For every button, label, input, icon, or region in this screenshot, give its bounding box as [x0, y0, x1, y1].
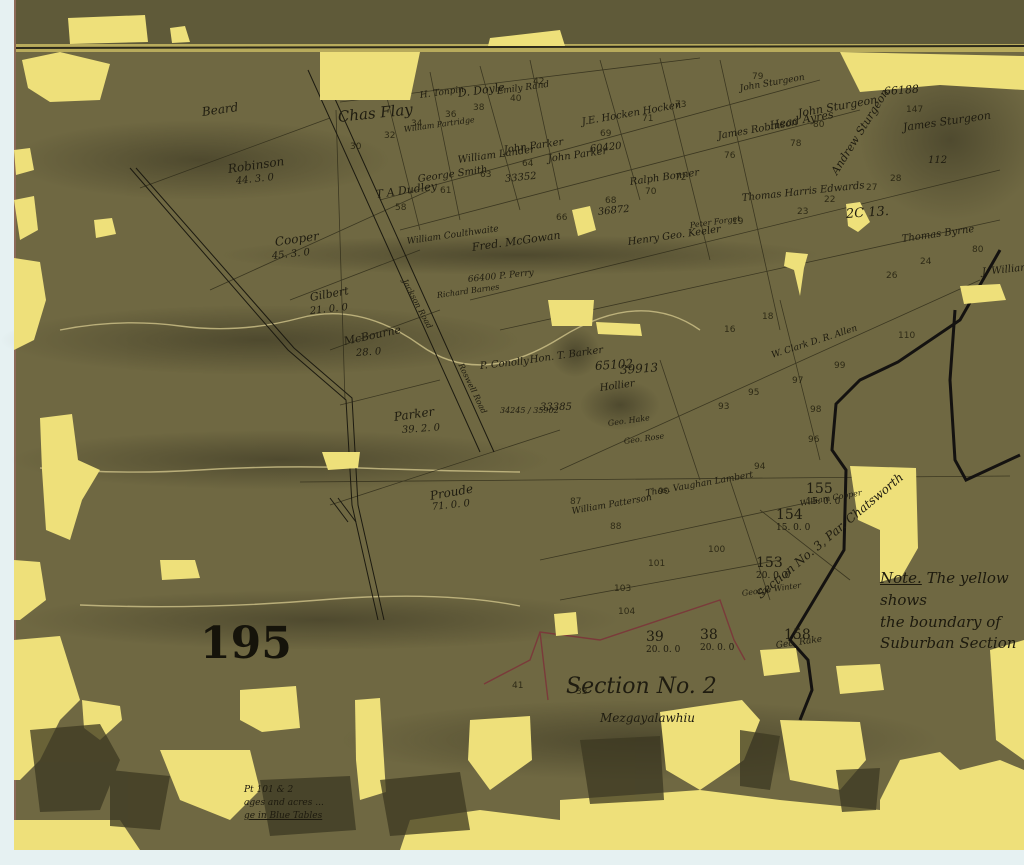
owner-label: 66188: [884, 84, 920, 97]
allotment-block: 3920. 0. 0: [646, 630, 680, 655]
lot-number: 61: [440, 187, 451, 196]
section-label: Section No. 2: [566, 676, 717, 698]
lot-number: 101: [648, 560, 665, 569]
lot-number: 80: [813, 121, 824, 130]
section-label: 2C 13.: [846, 205, 890, 221]
lot-number: 73: [675, 101, 686, 110]
lot-number: 36: [445, 111, 456, 120]
lot-number: 30: [350, 143, 361, 152]
lot-number: 93: [718, 403, 729, 412]
lot-number: 110: [898, 332, 915, 341]
lot-number: 100: [708, 546, 725, 555]
note-line: Suburban Section: [880, 633, 1024, 655]
owner-label: Mezgayalawhiu: [600, 712, 695, 724]
lot-number: 76: [724, 152, 735, 161]
lot-number: 70: [645, 188, 656, 197]
allotment-number: 153: [756, 556, 790, 570]
footer-line: ge in Blue Tables: [244, 810, 324, 823]
lot-number: 104: [618, 608, 635, 617]
allotment-area: 20. 0. 0: [700, 644, 734, 653]
lot-number: 64: [522, 160, 533, 169]
lot-number: 66: [556, 214, 567, 223]
lot-number: 97: [792, 377, 803, 386]
owner-label: 112: [928, 156, 947, 166]
footer-line: ages and acres ...: [244, 797, 324, 810]
lot-number: 78: [790, 140, 801, 149]
lot-number: 41: [512, 682, 523, 691]
lot-number: 72: [675, 174, 686, 183]
lot-number: 71: [642, 115, 653, 124]
lot-number: 32: [384, 132, 395, 141]
lot-number: 40: [510, 95, 521, 104]
allotment-area: 20. 0. 0: [646, 646, 680, 655]
note-line: the boundary of: [880, 612, 1024, 634]
lot-number: 24: [920, 258, 931, 267]
lot-number: 80: [972, 246, 983, 255]
lot-number: 90: [658, 488, 669, 497]
allotment-block: 3820. 0. 0: [700, 628, 734, 653]
map-viewport: BeardRobinson44. 3. 0Cooper45. 3. 0Gilbe…: [0, 0, 1024, 865]
lot-number: 38: [473, 104, 484, 113]
owner-label: 39913: [620, 361, 659, 376]
lot-number: 98: [810, 406, 821, 415]
lot-number: 69: [600, 130, 611, 139]
allotment-number: 158: [784, 628, 811, 642]
footer-note: Pt 101 & 2 ages and acres ... ge in Blue…: [244, 784, 324, 823]
lot-number: 147: [906, 106, 923, 115]
lot-number: 22: [824, 196, 835, 205]
lot-number: 28: [890, 175, 901, 184]
lot-number: 34: [411, 120, 422, 129]
owner-label: 34245 / 35902: [500, 407, 559, 415]
lot-number: 26: [886, 272, 897, 281]
owner-label: 28. 0: [356, 347, 382, 359]
allotment-block: 15415. 0. 0: [776, 508, 810, 533]
allotment-area: 20. 0. 0: [756, 572, 790, 581]
map-linework: [0, 0, 1024, 865]
note-title: Note.: [880, 569, 922, 587]
allotment-number: 38: [700, 628, 734, 642]
lot-number: 19: [732, 218, 743, 227]
allotment-area: 15. 0. 0: [806, 498, 840, 507]
lot-number: 42: [533, 78, 544, 87]
allotment-block: 15320. 0. 0: [756, 556, 790, 581]
allotment-block: 158: [784, 628, 811, 644]
lot-number: 16: [724, 326, 735, 335]
allotment-number: 155: [806, 482, 840, 496]
sheet-number: 195: [200, 618, 292, 669]
lot-number: 18: [762, 313, 773, 322]
lot-number: 27: [866, 184, 877, 193]
lot-number: 63: [480, 171, 491, 180]
lot-number: 58: [395, 204, 406, 213]
lot-number: 79: [752, 73, 763, 82]
lot-number: 68: [605, 197, 616, 206]
lot-number: 87: [570, 498, 581, 507]
allotment-number: 154: [776, 508, 810, 522]
allotment-block: 15515. 0. 0: [806, 482, 840, 507]
allotment-area: 15. 0. 0: [776, 524, 810, 533]
allotment-number: 39: [646, 630, 680, 644]
lot-number: 103: [614, 585, 631, 594]
lot-number: 88: [610, 523, 621, 532]
lot-number: 95: [748, 389, 759, 398]
lot-number: 96: [808, 436, 819, 445]
lot-number: 23: [797, 208, 808, 217]
lot-number: 99: [834, 362, 845, 371]
footer-line: Pt 101 & 2: [244, 784, 324, 797]
legend-note: Note. The yellow shows the boundary of S…: [880, 568, 1024, 655]
lot-number: 94: [754, 463, 765, 472]
